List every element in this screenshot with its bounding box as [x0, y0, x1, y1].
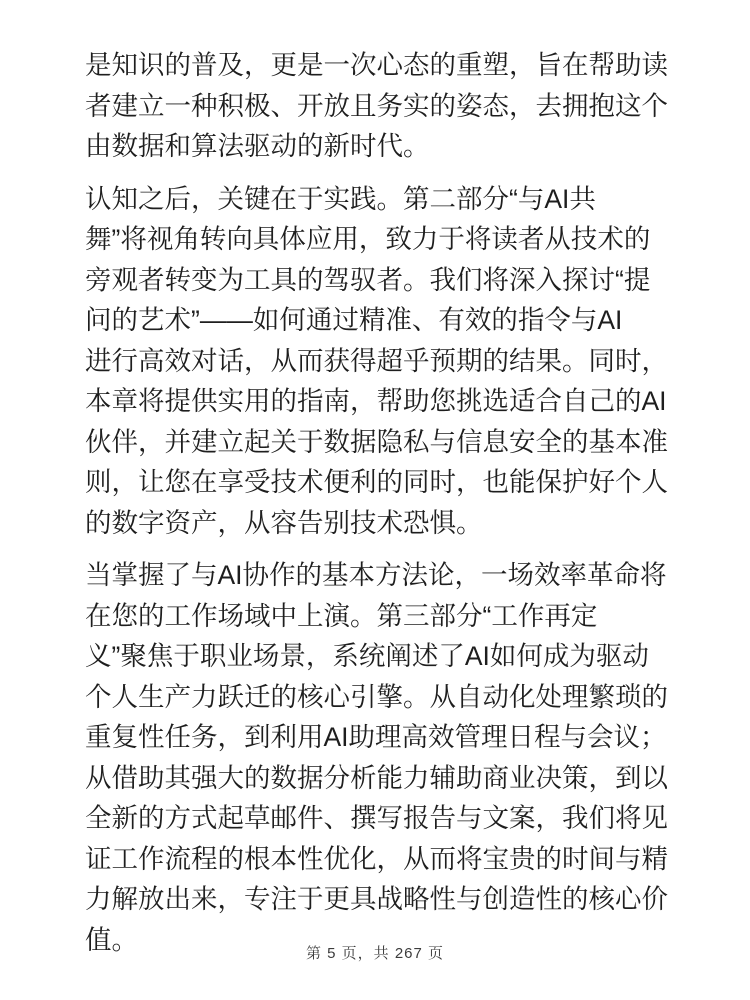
text-line: 是知识的普及，更是一次心态的重塑，旨在帮助读 — [85, 45, 675, 86]
text-line: 舞”将视角转向具体应用，致力于将读者从技术的 — [85, 219, 675, 260]
text-line: 个人生产力跃迁的核心引擎。从自动化处理繁琐的 — [85, 677, 675, 718]
paragraph-2: 认知之后，关键在于实践。第二部分“与AI共 舞”将视角转向具体应用，致力于将读者… — [85, 179, 675, 544]
text-line: 全新的方式起草邮件、撰写报告与文案，我们将见 — [85, 798, 675, 839]
paragraph-3: 当掌握了与AI协作的基本方法论，一场效率革命将 在您的工作场域中上演。第三部分“… — [85, 555, 675, 960]
text-line: 则，让您在享受技术便利的同时，也能保护好个人 — [85, 462, 675, 503]
text-line: 的数字资产，从容告别技术恐惧。 — [85, 503, 675, 544]
text-line: 力解放出来，专注于更具战略性与创造性的核心价 — [85, 879, 675, 920]
text-line: 在您的工作场域中上演。第三部分“工作再定 — [85, 596, 675, 637]
text-line: 旁观者转变为工具的驾驭者。我们将深入探讨“提 — [85, 260, 675, 301]
text-line: 从借助其强大的数据分析能力辅助商业决策，到以 — [85, 758, 675, 799]
document-page: 是知识的普及，更是一次心态的重塑，旨在帮助读 者建立一种积极、开放且务实的姿态，… — [0, 0, 750, 1000]
text-line: 进行高效对话，从而获得超乎预期的结果。同时， — [85, 341, 675, 382]
text-line: 由数据和算法驱动的新时代。 — [85, 126, 675, 167]
text-line: 当掌握了与AI协作的基本方法论，一场效率革命将 — [85, 555, 675, 596]
text-line: 伙伴，并建立起关于数据隐私与信息安全的基本准 — [85, 422, 675, 463]
text-line: 者建立一种积极、开放且务实的姿态，去拥抱这个 — [85, 86, 675, 127]
page-footer: 第 5 页，共 267 页 — [0, 944, 750, 964]
text-line: 本章将提供实用的指南，帮助您挑选适合自己的AI — [85, 381, 675, 422]
text-line: 义”聚焦于职业场景，系统阐述了AI如何成为驱动 — [85, 636, 675, 677]
page-number-indicator: 第 5 页，共 267 页 — [306, 945, 444, 962]
text-line: 认知之后，关键在于实践。第二部分“与AI共 — [85, 179, 675, 220]
text-line: 证工作流程的根本性优化，从而将宝贵的时间与精 — [85, 839, 675, 880]
paragraph-1: 是知识的普及，更是一次心态的重塑，旨在帮助读 者建立一种积极、开放且务实的姿态，… — [85, 45, 675, 167]
text-line: 重复性任务，到利用AI助理高效管理日程与会议； — [85, 717, 675, 758]
text-line: 问的艺术”——如何通过精准、有效的指令与AI — [85, 300, 675, 341]
page-content: 是知识的普及，更是一次心态的重塑，旨在帮助读 者建立一种积极、开放且务实的姿态，… — [85, 45, 675, 972]
